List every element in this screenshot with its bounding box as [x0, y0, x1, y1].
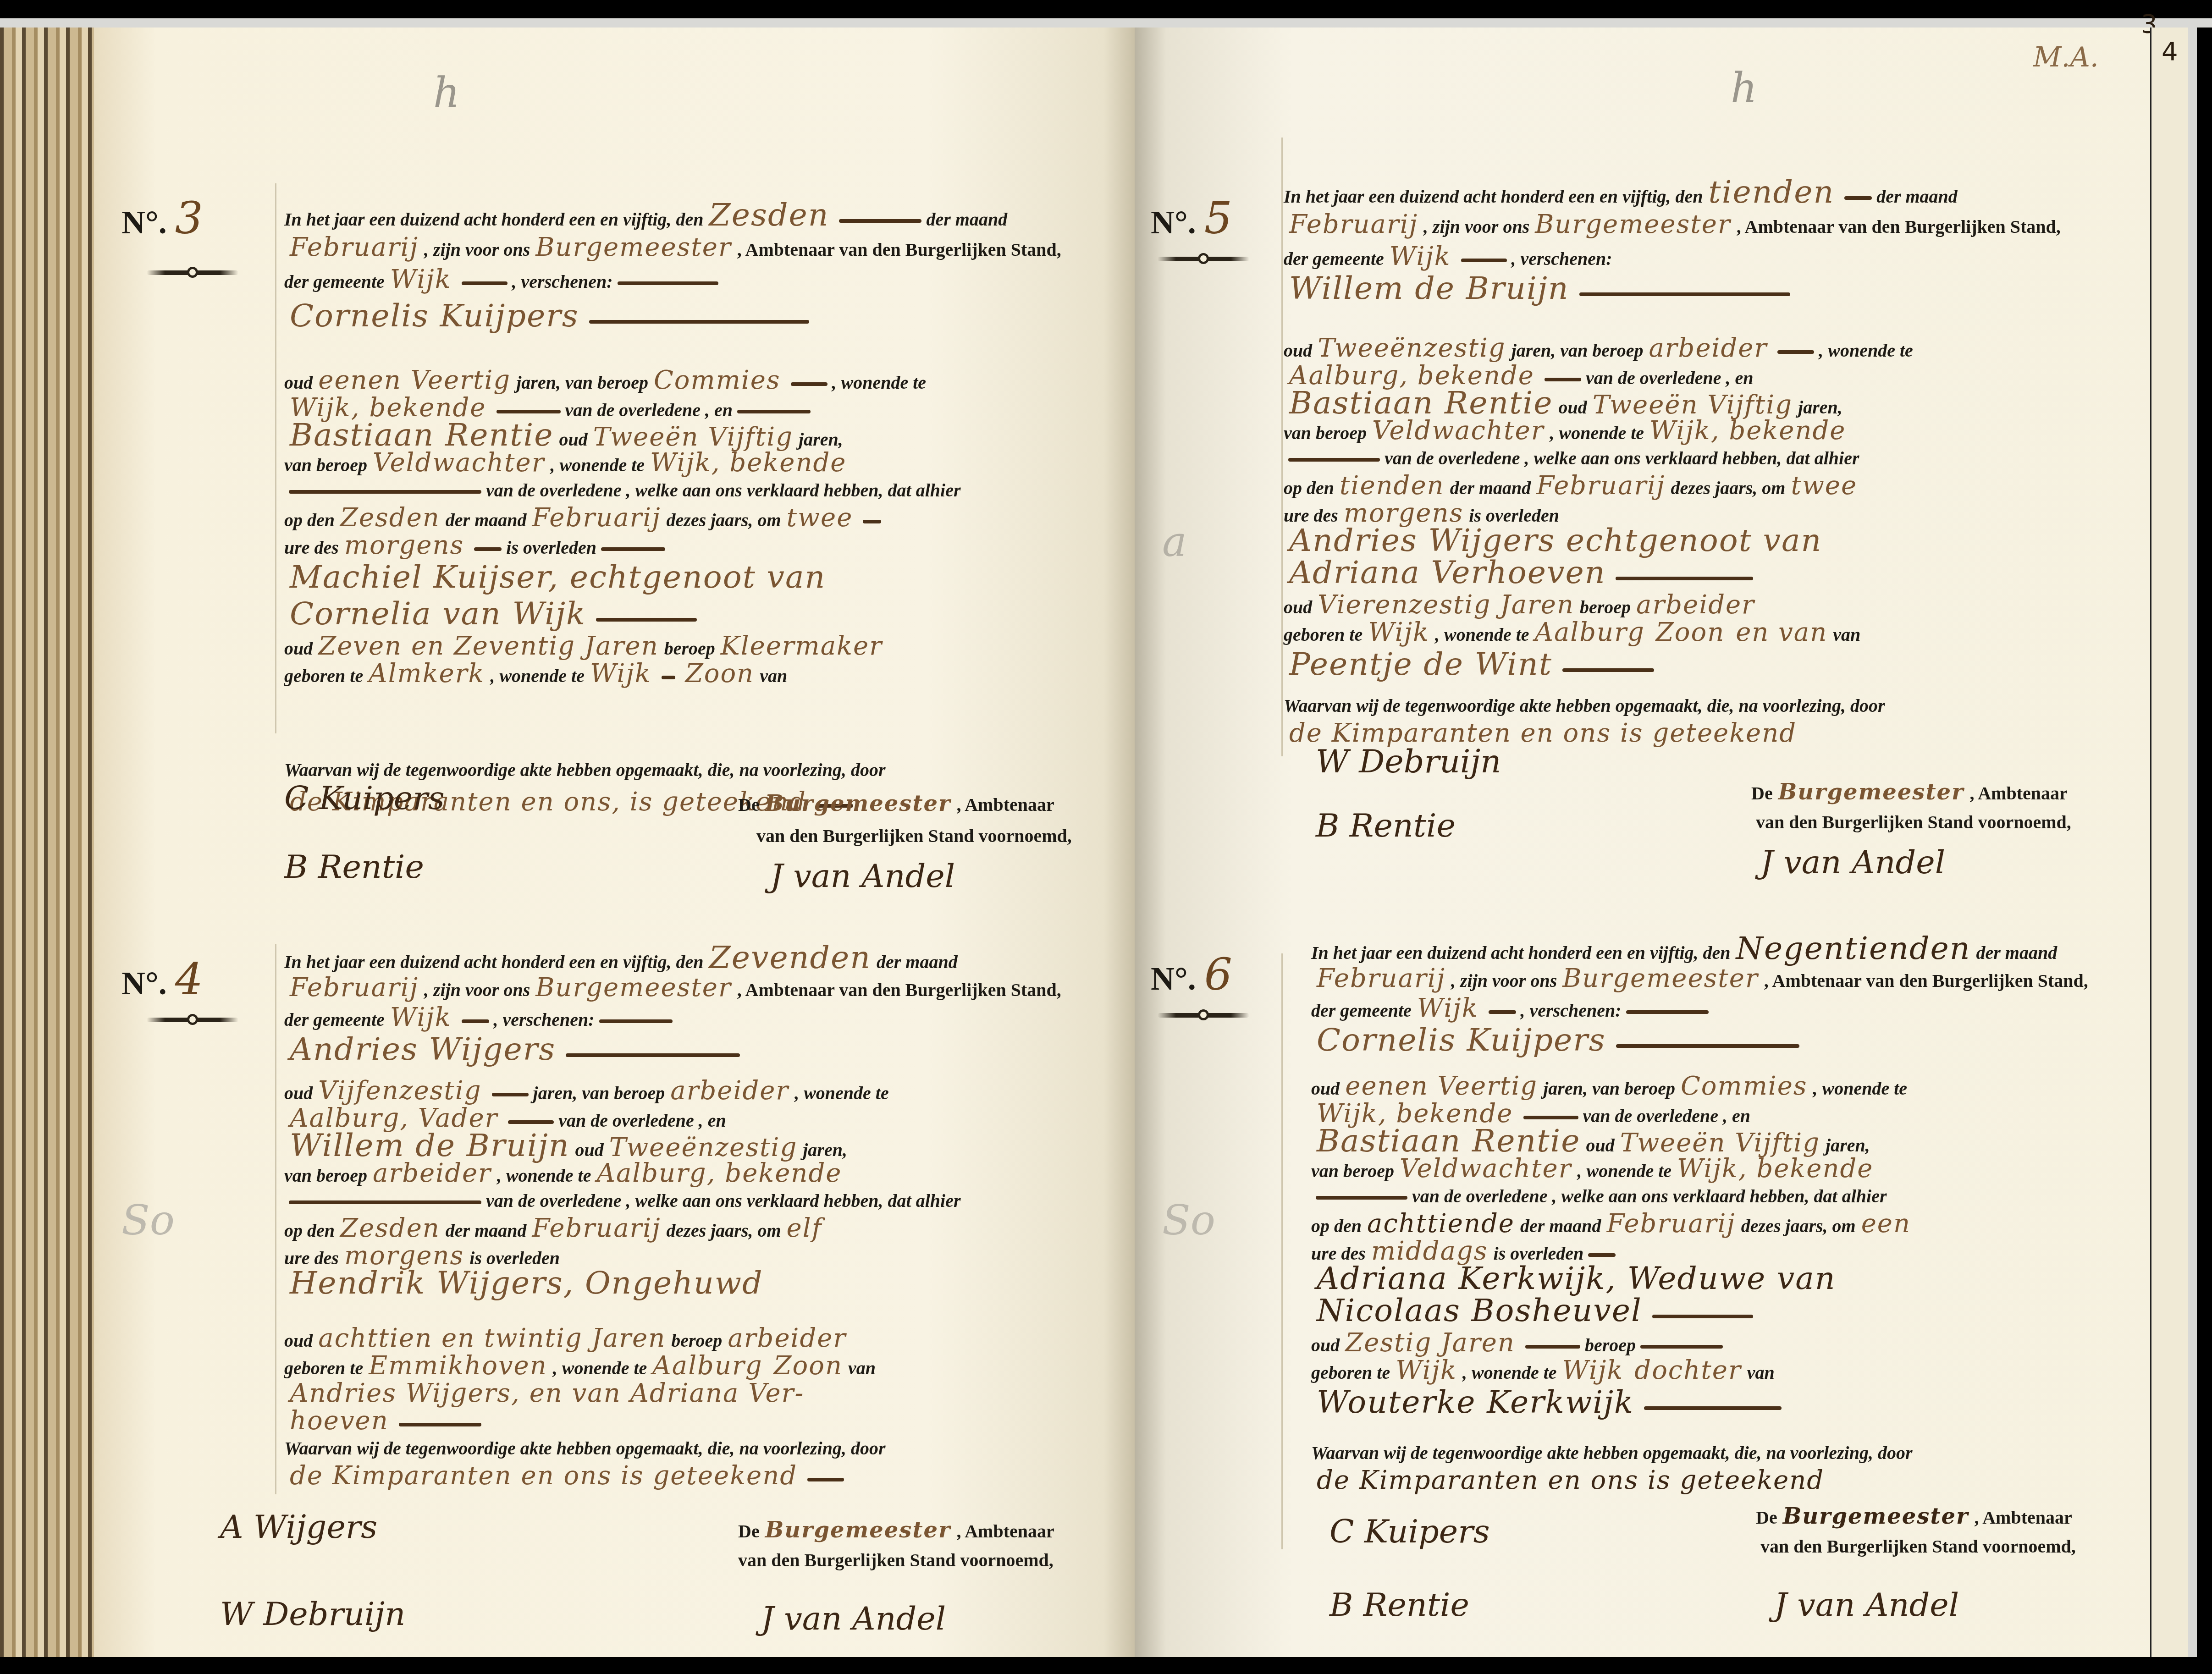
signature: B Rentie	[1329, 1586, 1469, 1624]
record-number: N°.3	[121, 193, 203, 244]
signature: B Rentie	[1316, 807, 1456, 844]
ornament-divider	[1158, 257, 1249, 261]
ornament-divider	[1158, 1013, 1249, 1018]
record-number: N°.5	[1151, 193, 1232, 244]
scanner-frame-bottom	[0, 1657, 2212, 1674]
record-number: N°.6	[1151, 949, 1232, 1000]
next-leaf-edge: 4	[2150, 28, 2188, 1657]
pencil-mark: So	[1162, 1196, 1215, 1244]
pencil-mark: h	[433, 69, 460, 117]
signature: C Kuipers	[1329, 1513, 1490, 1550]
official-signature: J van Andel	[761, 1600, 946, 1637]
margin-rule	[275, 183, 276, 733]
official-signature: J van Andel	[1760, 843, 1945, 881]
official-signature: J van Andel	[770, 857, 955, 895]
margin-rule	[1281, 953, 1283, 1549]
pencil-mark: a	[1162, 518, 1187, 566]
ornament-divider	[147, 1018, 238, 1022]
signature: W Debruijn	[220, 1595, 405, 1633]
book-page-edges	[0, 28, 94, 1657]
record-number: N°.4	[121, 953, 203, 1005]
ornament-divider	[147, 270, 238, 275]
margin-rule	[275, 944, 276, 1494]
scanner-frame-top	[0, 18, 2212, 28]
declarant-1: Cornelis Kuijpers	[284, 298, 585, 334]
folio-number: 4	[2162, 37, 2178, 66]
pencil-mark: h	[1731, 64, 1757, 112]
official-signature: J van Andel	[1774, 1586, 1959, 1624]
signature: C Kuipers	[284, 779, 445, 817]
pencil-mark: So	[121, 1196, 175, 1244]
signature: W Debruijn	[1316, 743, 1501, 780]
signature: B Rentie	[284, 848, 424, 886]
day: Zesden	[704, 197, 835, 233]
corner-initials: M.A.	[2033, 41, 2099, 73]
signature: A Wijgers	[220, 1508, 377, 1546]
scanner-frame-right	[2187, 18, 2197, 1657]
margin-rule	[1281, 138, 1283, 756]
deceased-name: Machiel Kuijser, echtgenoot van	[284, 559, 831, 595]
